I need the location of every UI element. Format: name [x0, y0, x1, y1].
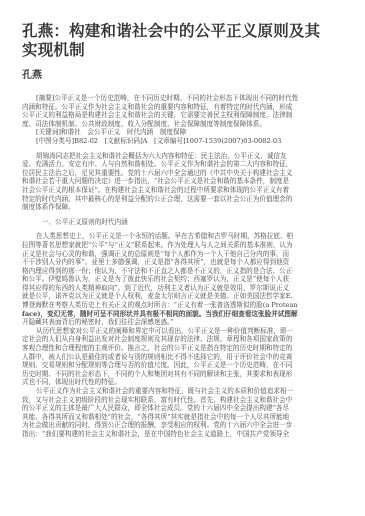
article-body: [摘要]公平正义是一个历史范畴，在不同历史时期、不同的社会形态下体现出不同的时代…	[22, 94, 327, 439]
article-title-line-2: 实现机制	[22, 41, 342, 60]
intro-paragraph: 胡锦涛同志把社会主义和谐社会概括为六大内容和特征：民主法治、公平正义、诚信友 爱…	[22, 152, 327, 212]
paragraph-line: 得其应得的东西的人类精神取向”。到了近代，功利主义者认为正义就是效用，罗尔斯说正…	[22, 284, 327, 293]
abstract-line: 公平正义的利益格局是构建社会主义和谐社会的关键，它需要完善民主权利保障制度、法律…	[22, 111, 327, 120]
abstract: [摘要]公平正义是一个历史范畴，在不同历史时期、不同的社会形态下体现出不同的时代…	[22, 94, 327, 146]
keywords: [关键词]和谐社 会公平正义 时代内涵 制度保障	[22, 128, 327, 137]
paragraph-line: 和公平。伊壁鸠鲁认为，正义是为了彼此快乐的社会契约；西塞罗认为，正义是“使每个人…	[22, 275, 327, 284]
paragraph-line: 胡锦涛同志把社会主义和谐社会概括为六大内容和特征：民主法治、公平正义、诚信友	[22, 152, 327, 161]
paragraph-line: 为社会做出贡献的同时，得到公正合理的报酬，享受相应的权利。党的十六届六中全会进一…	[22, 421, 327, 430]
paragraph-line: 其能、各得其所而又和谐相处”的社会，“各得其所”其实就是指社会中的每一个人尽其所…	[22, 413, 327, 422]
classification-info: [中图分类号]B82-02 [文献标识码]A [文章编号]1007-1539(2…	[22, 137, 327, 146]
paragraph-line: 历史时期、不同的社会形态下，不同的个人和集团对其有不同的解读和主张，其要求和表现…	[22, 370, 327, 379]
paragraph-line: 特定的时代内涵，其中最核心的是利益分配的公正合理，这需要一套以社会公正为价值理念…	[22, 195, 327, 204]
section-paragraph-1: 在人类思想史上，公平正义是一个永恒的话题。早在古希腊和古罗马时期，苏格拉底、柏 …	[22, 232, 327, 327]
section-heading: 一、公平正义原则的时代内涵	[22, 218, 327, 227]
paragraph-line: 指出：“我们要构建的社会主义和谐社会，是在中国特色社会主义道路上，中国共产党领导…	[22, 430, 327, 439]
paragraph-line: 爱、充满活力、安定有序、人与自然和谐相处。公平正义作为和谐社会的第二大内容和特征…	[22, 160, 327, 169]
paragraph-line: 人群中，被人们公认是最佳的或者说与别的规则相比不得不选择它的，用于评价社会中的竞…	[22, 353, 327, 362]
paragraph-line: 开隐藏其表面背后的秘密时，我们往往会深感迷惑。”	[22, 318, 327, 327]
paragraph-line: face)，变幻无常，随时可呈不同形状并具有极不相同的面貌。当我们仔细查看这张脸…	[22, 310, 327, 319]
paragraph-line: 就是公平，诺齐克以为正义就是个人权利，麦金太尔则言正义就是美德。正如美国法哲学家…	[22, 292, 327, 301]
abstract-line: 度、司法体制机制、公共财政制度、收入分配制度、社会保障制度等制度保障体系。	[22, 120, 327, 129]
paragraph-line: 博登海默在考察人类历史上有关正义的观点时所言：“正义有着一张普洛透斯似的脸(a …	[22, 301, 327, 310]
paragraph-line: 定社会的人们从自身利益出发对社会制度规则及其现存的法律、法规、章程和各项国家政策…	[22, 335, 327, 344]
paragraph-line: 在人类思想史上，公平正义是一个永恒的话题。早在古希腊和古罗马时期，苏格拉底、柏	[22, 232, 327, 241]
paragraph-line: 客观合理性和合理程度的主观评价。换言之，社会的公平正义是指在特定的历史时期和特定…	[22, 344, 327, 353]
paragraph-line: 社会公平正义的根本保证”。在构建社会主义和谐社会的过程中所要求和体现的公平正义有…	[22, 186, 327, 195]
paragraph-line: 制度体系作保障。	[22, 203, 327, 212]
abstract-line: [摘要]公平正义是一个历史范畴，在不同历史时期、不同的社会形态下体现出不同的时代…	[22, 94, 327, 103]
paragraph-line: 规则、交易规则和分配规则等合理与否的价值尺度。因此，公平正义是一个历史范畴，在不…	[22, 361, 327, 370]
article-title-line-1: 孔燕：构建和谐社会中的公平正义原则及其	[22, 22, 342, 41]
paragraph-line: 致，又与社会主义初级阶段的社会现实相联系，富有时代性。首先，构建社会主义和谐社会…	[22, 396, 327, 405]
paragraph-line: 位居民主法治之后，足见其重要性。党的十六届六中全会通过的《中共中央关于构建社会主…	[22, 169, 327, 178]
paragraph-line: 拉图等著名思想家就把“公平”与“正义”联系起来。作为处理人与人之间关系的基本准则…	[22, 241, 327, 250]
paragraph-line: 公平正义作为社会主义和谐社会的重要内容和特征，既与社会主义的本质和价值追求相一	[22, 387, 327, 396]
paragraph-line: 不干涉别人分内的事”。亚里士多德强调，正义是指“各得其所”，也就是每个人都应得到…	[22, 258, 327, 267]
paragraph-line: 格内理应得到的那一份；他认为，不守法和不正直之人都是不正义的，正义指的是合法、公…	[22, 267, 327, 276]
abstract-line: 内涵和特征。公平正义作为社会主义和谐社会的重要内容和特征，有着特定的时代内涵，形…	[22, 103, 327, 112]
paragraph-line: 的公平正义的主体是最广大人民群众，即全体社会成员。党的十六届四中全会提出构建“各…	[22, 404, 327, 413]
paragraph-line: 和谐社会若干重大问题的决定》进一步指出，“社会公平正义是社会和谐的基本条件，制度…	[22, 177, 327, 186]
paragraph-line: 式也不同，体现出时代性的特征。	[22, 378, 327, 387]
paragraph-line: 正义是社会与心灵的和谐，强调正义的总原则是“每个人都作为一个人干他自己分内的事，…	[22, 250, 327, 259]
article-author: 孔燕	[22, 66, 42, 81]
section-paragraph-2: 从历代思想家对公平正义的阐释和界定中可以看出，公平正义是一种价值判断标准，即一 …	[22, 327, 327, 387]
article-title: 孔燕：构建和谐社会中的公平正义原则及其 实现机制	[22, 22, 342, 60]
section-paragraph-3: 公平正义作为社会主义和谐社会的重要内容和特征，既与社会主义的本质和价值追求相一 …	[22, 387, 327, 439]
paragraph-line: 从历代思想家对公平正义的阐释和界定中可以看出，公平正义是一种价值判断标准，即一	[22, 327, 327, 336]
